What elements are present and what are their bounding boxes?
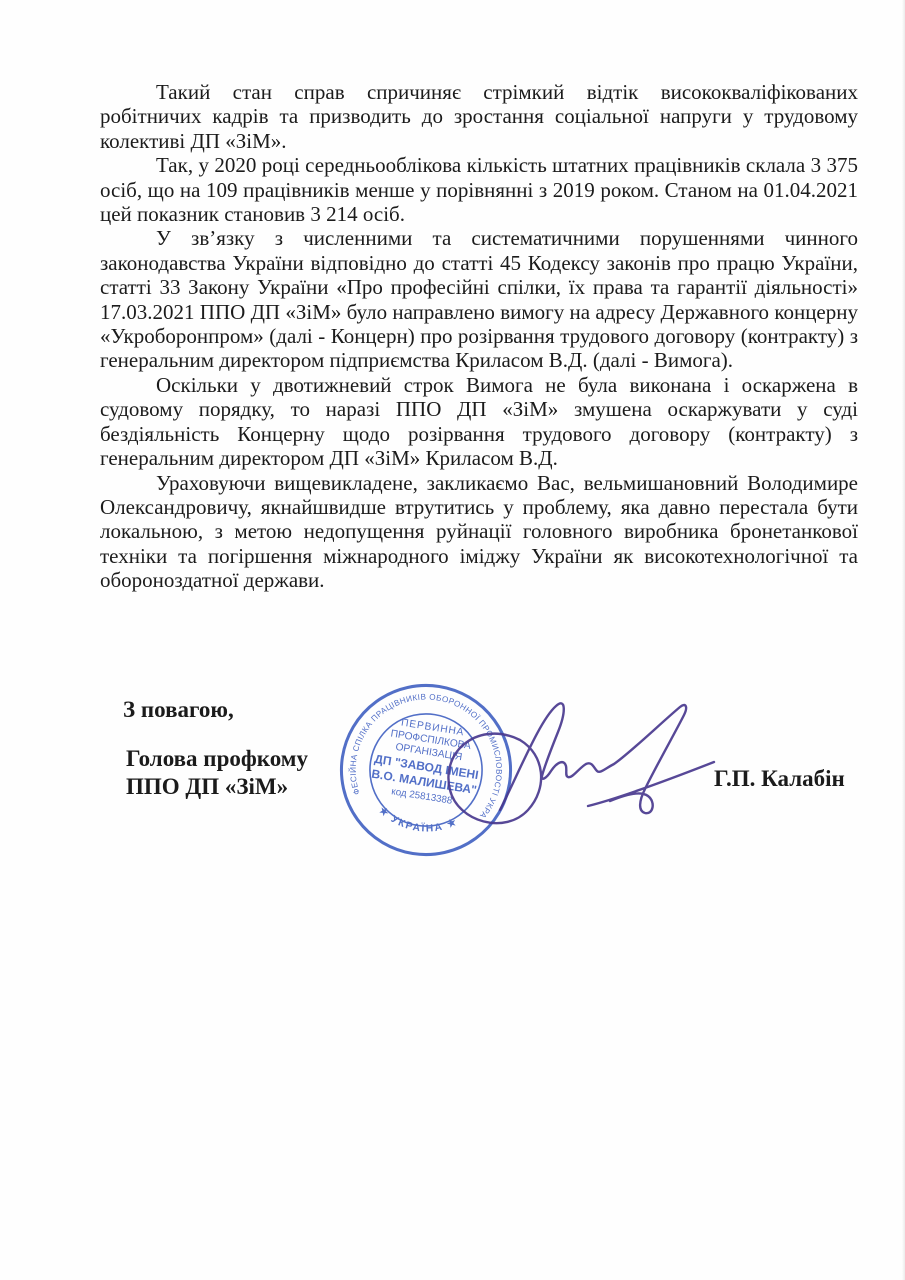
paragraph-3: У зв’язку з численними та систематичними… (100, 226, 858, 372)
closing-salutation: З повагою, (123, 697, 234, 723)
signature-loop (448, 734, 541, 823)
signer-title: Голова профкому ППО ДП «ЗіМ» (126, 745, 308, 801)
letter-body: Такий стан справ спричиняє стрімкий відт… (100, 80, 858, 593)
scanned-letter-page: Такий стан справ спричиняє стрімкий відт… (0, 0, 905, 1280)
paragraph-1: Такий стан справ спричиняє стрімкий відт… (100, 80, 858, 153)
paragraph-5: Ураховуючи вищевикладене, закликаємо Вас… (100, 471, 858, 593)
signer-title-line2: ППО ДП «ЗіМ» (126, 773, 308, 801)
paragraph-4: Оскільки у двотижневий строк Вимога не б… (100, 373, 858, 471)
signer-name: Г.П. Калабін (714, 766, 845, 792)
signature-main-stroke (500, 703, 686, 813)
paragraph-2: Так, у 2020 році середньооблікова кількі… (100, 153, 858, 226)
handwritten-signature-icon (430, 685, 730, 845)
signer-title-line1: Голова профкому (126, 745, 308, 773)
